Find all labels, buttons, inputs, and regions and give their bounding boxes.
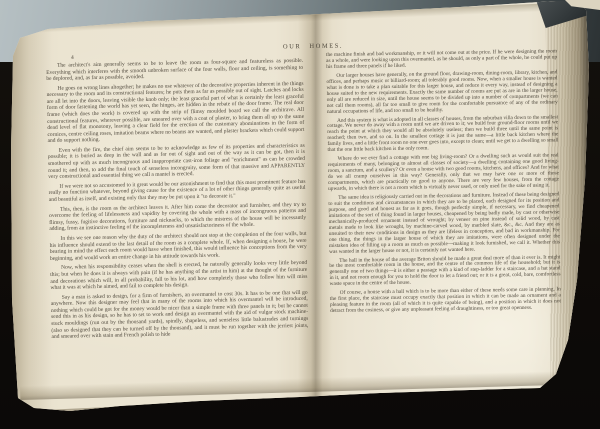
right-page-text: the machine finish and bad workmanship, … [326, 49, 561, 318]
page-number: 4 [71, 55, 74, 61]
under-page-edge [16, 399, 286, 423]
paragraph: If we were not so accustomed to it great… [48, 179, 305, 204]
paragraph: Where do we ever find a cottage with one… [328, 154, 560, 193]
paragraph: The architect's aim generally seems to b… [46, 58, 303, 83]
paragraph: the machine finish and bad workmanship, … [326, 49, 557, 70]
paragraph: Even with the fire, the chief aim seems … [48, 143, 306, 181]
paragraph: Say a man is asked to design, for a firm… [51, 290, 309, 341]
paragraph: In this we see one reason why the duty o… [49, 231, 306, 262]
running-header: OUR HOMES. [283, 43, 343, 51]
paragraph: This, then, is the room as the architect… [49, 202, 306, 233]
paragraph: He goes on wrong lines altogether; he ma… [46, 81, 304, 145]
page-bottom-edge-shadow [20, 371, 560, 400]
paragraph: Our larger houses have generally, on the… [326, 70, 558, 115]
paragraph: Now, when his responsibility ceases when… [50, 260, 307, 291]
paragraph: The same idea is religiously carried out… [328, 192, 560, 255]
left-page-text: The architect's aim generally seems to b… [46, 58, 309, 344]
open-book-spread: 4 The architect's aim generally seems to… [0, 0, 600, 429]
paragraph: And this system is what is adopted in al… [327, 115, 559, 154]
paragraph: Of course, a house with a hall which is … [330, 288, 561, 315]
book-photo-scene: 4 The architect's aim generally seems to… [0, 0, 600, 429]
paragraph: The hall in the house of the average Bri… [329, 255, 560, 288]
